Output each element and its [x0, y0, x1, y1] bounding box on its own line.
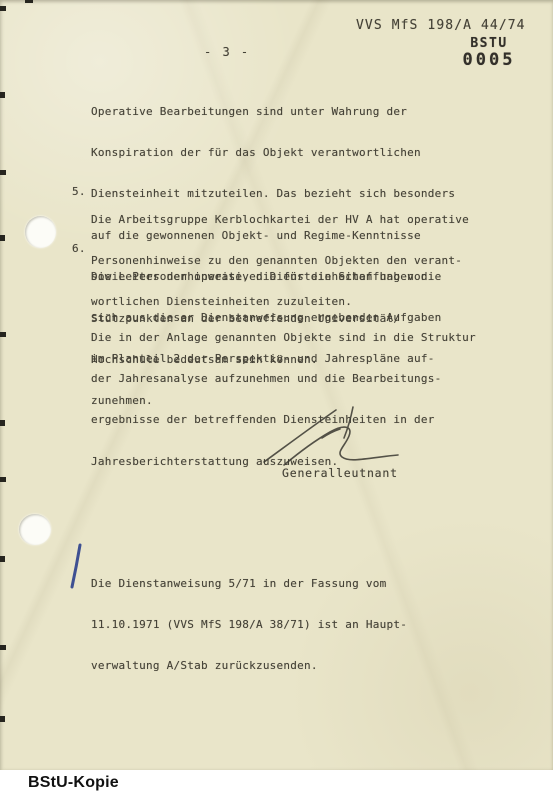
scan-edge-artifact	[0, 332, 6, 337]
scan-edge-artifact	[0, 92, 5, 98]
text-line: 11.10.1971 (VVS MfS 198/A 38/71) ist an …	[91, 618, 407, 632]
scan-edge-artifact	[0, 716, 5, 722]
hole-punch	[25, 216, 56, 248]
scan-edge-artifact	[0, 170, 6, 175]
text-line: Die Arbeitsgruppe Kerblochkartei der HV …	[91, 213, 469, 227]
item-number: 6.	[72, 242, 91, 435]
scan-edge-artifact	[0, 420, 5, 426]
text-line: Die Leiter der operativen Diensteinheite…	[91, 270, 442, 284]
scan-edge-artifact	[0, 556, 5, 562]
scanned-document-page: VVS MfS 198/A 44/74 BSTU 0005 - 3 - Oper…	[0, 0, 553, 770]
classification-number: VVS MfS 198/A 44/74	[356, 19, 526, 33]
text-line: Die in der Anlage genannten Objekte sind…	[91, 331, 476, 345]
return-note-paragraph: Die Dienstanweisung 5/71 in der Fassung …	[91, 549, 407, 701]
text-line: Die Dienstanweisung 5/71 in der Fassung …	[91, 577, 407, 591]
bstu-archive-stamp: BSTU 0005	[452, 36, 526, 69]
blue-pen-mark	[69, 543, 83, 589]
stamp-text-bstu: BSTU	[452, 36, 526, 51]
scan-edge-artifact	[0, 645, 6, 650]
text-line: verwaltung A/Stab zurückzusenden.	[91, 659, 407, 673]
hole-punch	[19, 514, 51, 545]
scan-edge-artifact	[0, 6, 6, 11]
footer-strip: BStU-Kopie	[0, 770, 553, 800]
scan-edge-artifact	[25, 0, 33, 3]
signer-rank: Generalleutnant	[282, 467, 398, 481]
bstu-copy-label: BStU-Kopie	[28, 774, 119, 792]
scan-edge-artifact	[0, 235, 5, 241]
text-line: Konspiration der für das Objekt verantwo…	[91, 146, 455, 160]
scan-edge-artifact	[0, 477, 6, 482]
text-line: Operative Bearbeitungen sind unter Wahru…	[91, 105, 455, 119]
stamp-page-number: 0005	[452, 51, 526, 69]
text-line: der Jahresanalyse aufzunehmen und die Be…	[91, 372, 476, 386]
page-number: - 3 -	[204, 46, 250, 60]
